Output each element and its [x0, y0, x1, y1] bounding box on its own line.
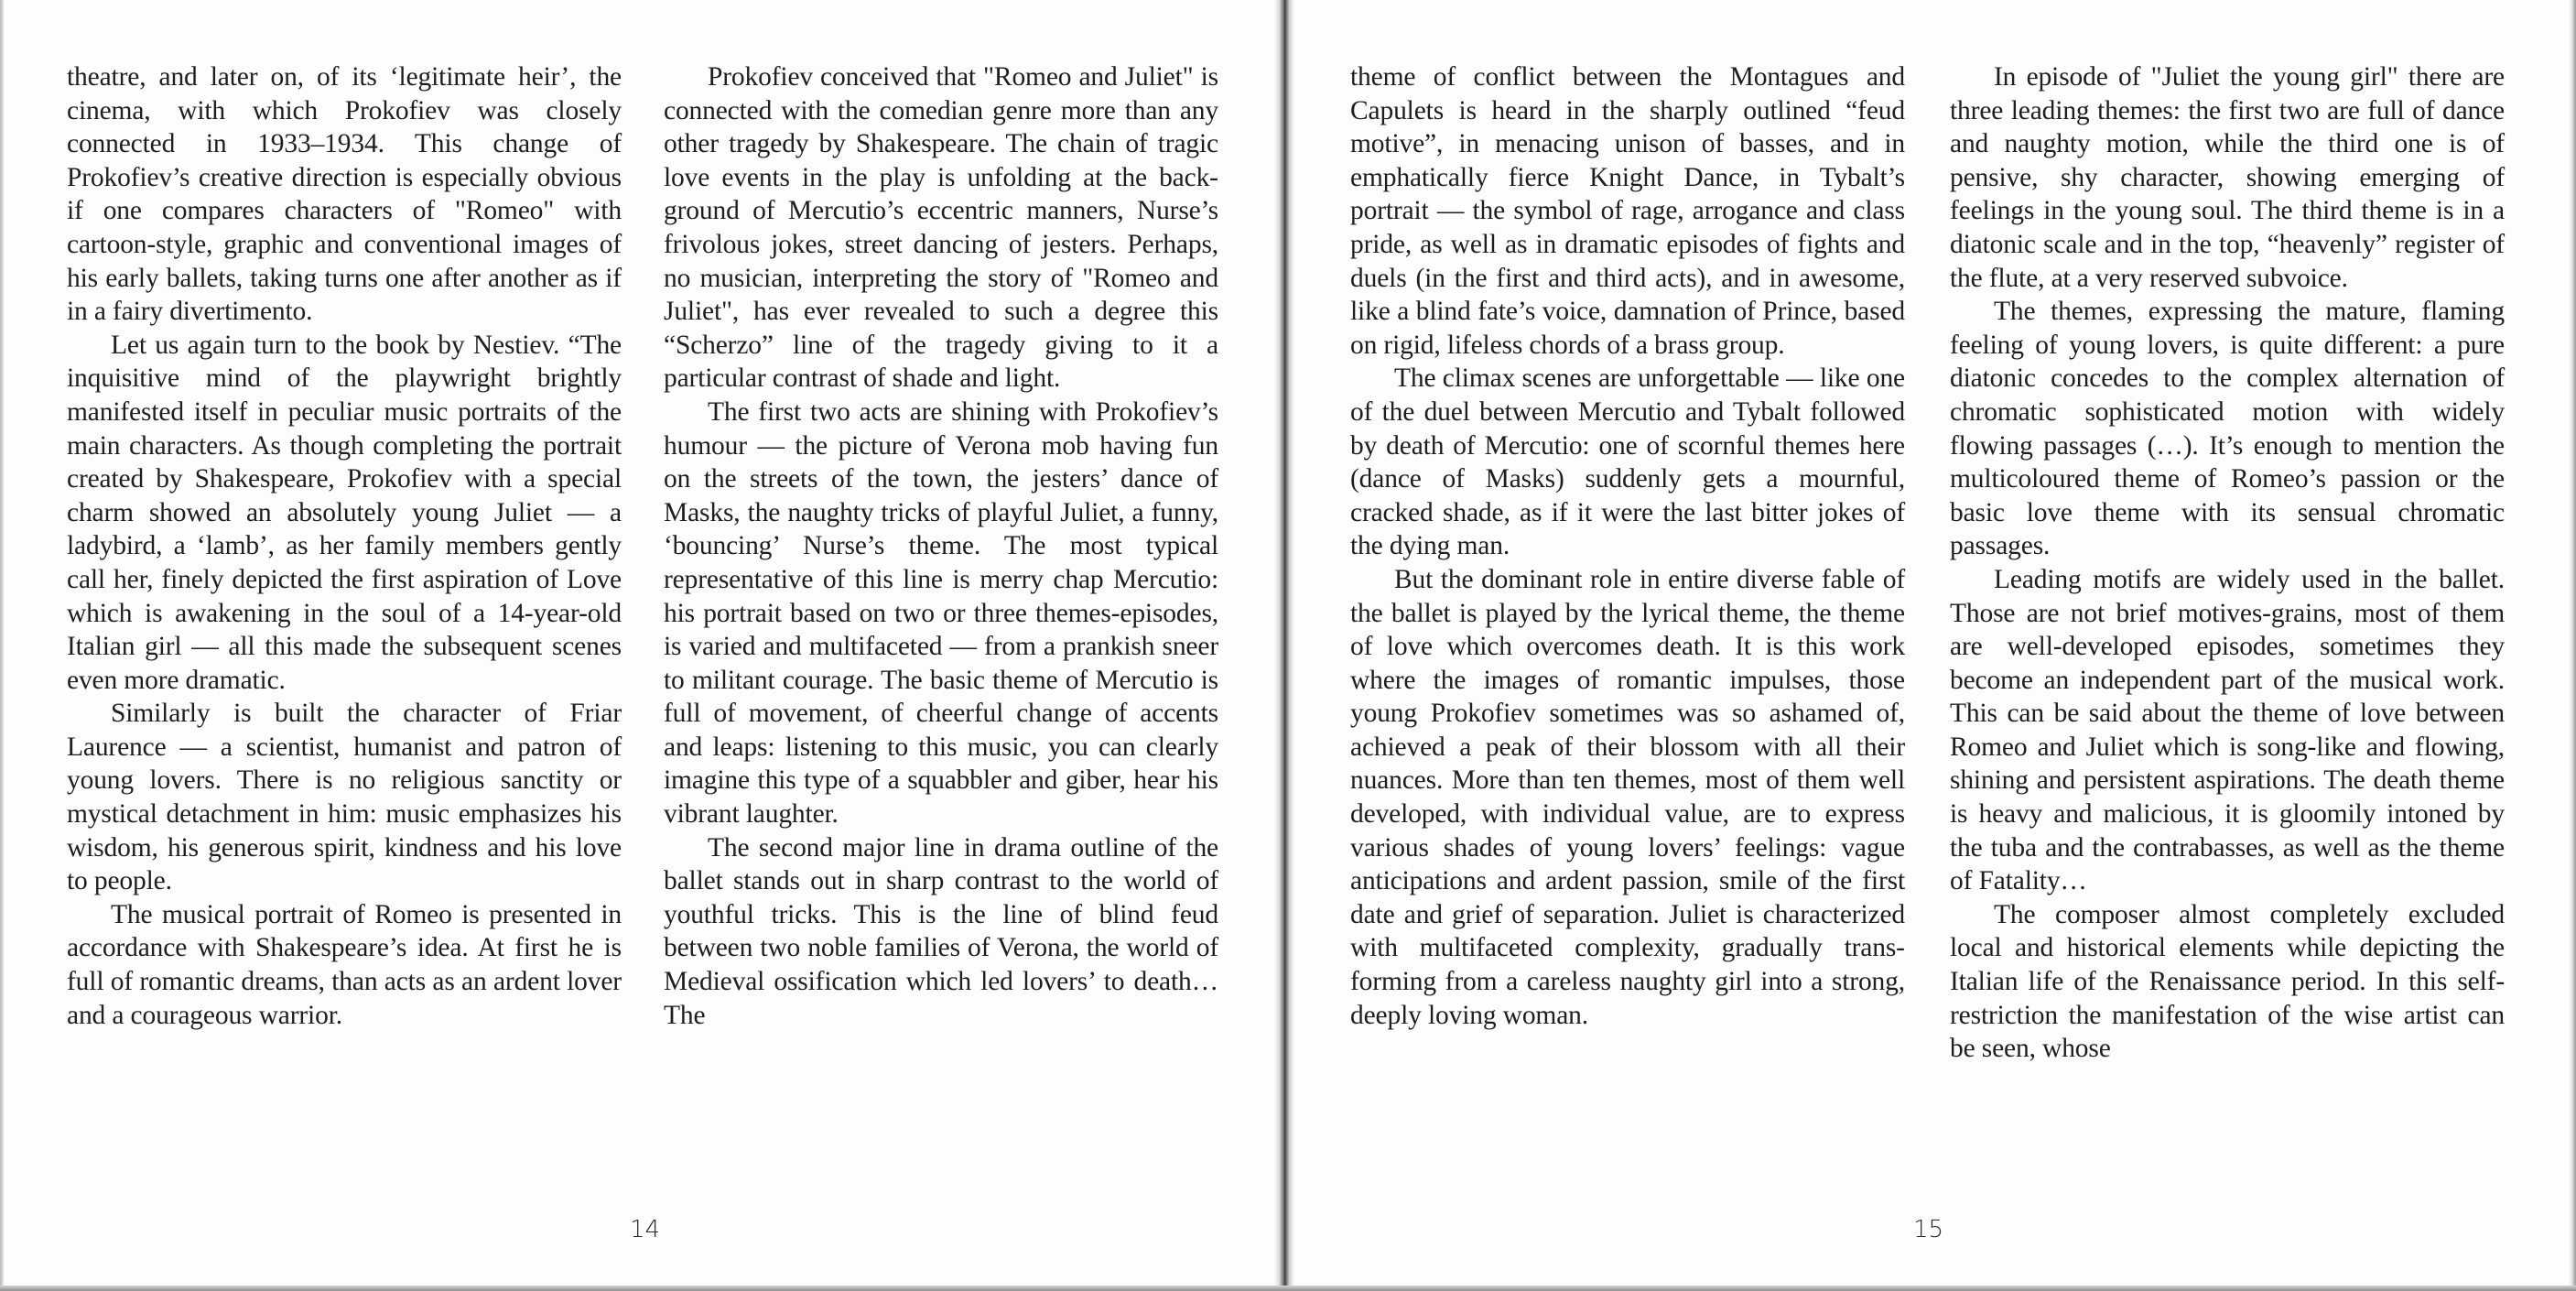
paragraph: The musical portrait of Romeo is pre­sen…	[67, 898, 622, 1032]
paragraph: theatre, and later on, of its ‘legitimat…	[67, 60, 622, 329]
right-page-column-1: theme of conflict between the Montagues …	[1350, 60, 1905, 1032]
bottom-paper-edge	[0, 1286, 2576, 1291]
paragraph: Similarly is built the character of Fria…	[67, 697, 622, 898]
paragraph: The climax scenes are unforgettable — li…	[1350, 362, 1905, 563]
book-spine-fold	[1274, 0, 1294, 1291]
paragraph: The themes, expressing the mature, flami…	[1950, 295, 2505, 563]
page-number: 15	[1913, 1216, 1943, 1243]
left-page-column-1: theatre, and later on, of its ‘legitimat…	[67, 60, 622, 1032]
right-paper-edge	[2569, 0, 2576, 1291]
paragraph: theme of conflict between the Montagues …	[1350, 60, 1905, 362]
page-number: 14	[630, 1216, 660, 1243]
paragraph: The composer almost completely excluded …	[1950, 898, 2505, 1066]
paragraph: But the dominant role in entire diverse …	[1350, 563, 1905, 1032]
paragraph: In episode of "Juliet the young girl" th…	[1950, 60, 2505, 295]
booklet-spread: theatre, and later on, of its ‘legitimat…	[0, 0, 2576, 1291]
paragraph: Prokofiev conceived that "Romeo and Juli…	[664, 60, 1218, 396]
paragraph: The first two acts are shining with Prok…	[664, 396, 1218, 831]
right-page-column-2: In episode of "Juliet the young girl" th…	[1950, 60, 2505, 1066]
paragraph: Leading motifs are widely used in the ba…	[1950, 563, 2505, 898]
left-page-column-2: Prokofiev conceived that "Romeo and Juli…	[664, 60, 1218, 1032]
right-page: theme of conflict between the Montagues …	[1294, 0, 2576, 1291]
paragraph: Let us again turn to the book by Nestiev…	[67, 329, 622, 698]
left-page: theatre, and later on, of its ‘legitimat…	[0, 0, 1274, 1291]
paragraph: The second major line in drama outline o…	[664, 831, 1218, 1033]
